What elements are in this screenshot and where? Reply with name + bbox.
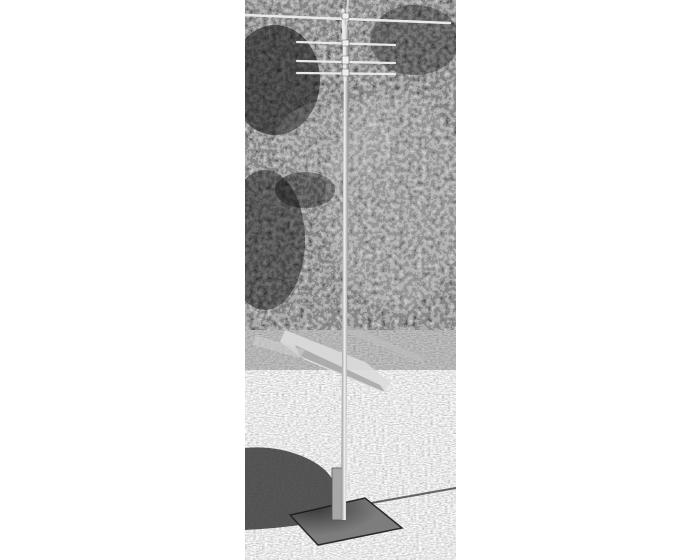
- foliage-background: [245, 0, 456, 360]
- antenna-photo: [245, 0, 456, 560]
